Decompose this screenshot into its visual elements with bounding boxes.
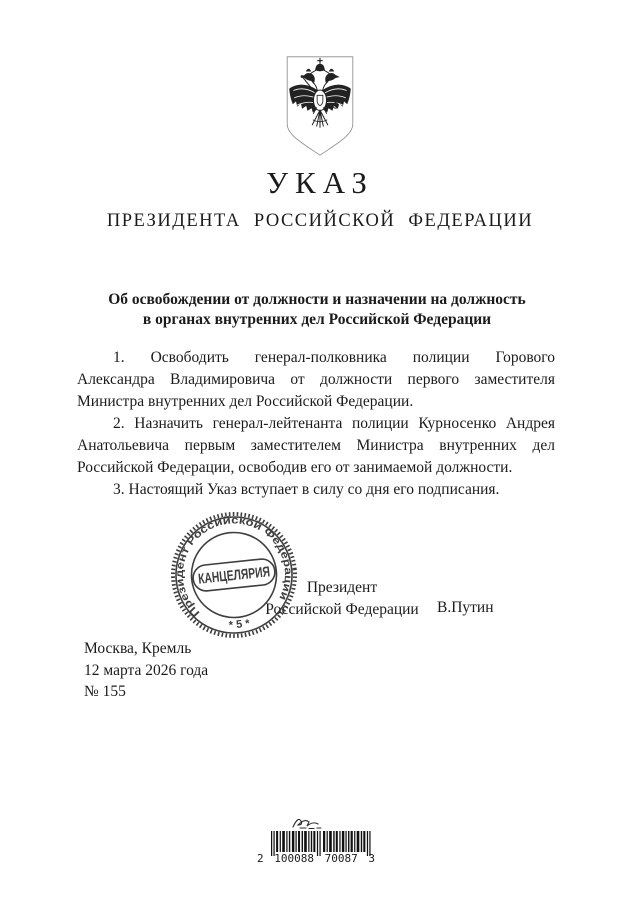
barcode-digit-group: 2: [257, 852, 264, 865]
stamp-bottom-text: * 5 *: [228, 618, 251, 632]
issue-place: Москва, Кремль: [84, 638, 208, 660]
body-line: Министра внутренних дел Российской Федер…: [77, 391, 555, 413]
barcode-digits: 2 100088 70087 3: [257, 852, 375, 865]
body-line: 3. Настоящий Указ вступает в силу со дня…: [77, 479, 555, 501]
barcode-digit-group: 70087: [325, 852, 358, 865]
barcode-digit-group: 3: [368, 852, 375, 865]
decree-title-line: в органах внутренних дел Российской Феде…: [78, 310, 556, 330]
registrar-mark-icon: [291, 813, 325, 831]
russia-coat-of-arms-icon: [279, 53, 361, 159]
chancellery-stamp: Президент Российской Федерации КАНЦЕЛЯРИ…: [168, 509, 300, 641]
decree-page: УКАЗ ПРЕЗИДЕНТА РОССИЙСКОЙ ФЕДЕРАЦИИ Об …: [0, 0, 640, 905]
body-line: 1. Освободить генерал-полковника полиции…: [77, 347, 555, 369]
body-line: Александра Владимировича от должности пе…: [77, 369, 555, 391]
svg-text:Президент Российской Федерации: Президент Российской Федерации: [168, 509, 298, 621]
decree-number: № 155: [84, 681, 208, 703]
body-line: 2. Назначить генерал-лейтенанта полиции …: [77, 413, 555, 435]
document-type-heading: УКАЗ: [0, 165, 640, 201]
stamp-center-text: КАНЦЕЛЯРИЯ: [197, 564, 270, 587]
decree-title-line: Об освобождении от должности и назначени…: [78, 290, 556, 310]
stamp-ring-text: Президент Российской Федерации: [168, 509, 298, 621]
issue-date: 12 марта 2026 года: [84, 660, 208, 682]
signature-name: В.Путин: [437, 599, 494, 617]
decree-body: 1. Освободить генерал-полковника полиции…: [77, 347, 555, 501]
body-line: Российской Федерации, освободив его от з…: [77, 457, 555, 479]
body-line: Анатольевича первым заместителем Министр…: [77, 435, 555, 457]
issuer-heading: ПРЕЗИДЕНТА РОССИЙСКОЙ ФЕДЕРАЦИИ: [0, 211, 640, 232]
issue-details: Москва, Кремль 12 марта 2026 года № 155: [84, 638, 208, 703]
barcode-digit-group: 100088: [274, 852, 314, 865]
decree-title: Об освобождении от должности и назначени…: [78, 290, 556, 330]
